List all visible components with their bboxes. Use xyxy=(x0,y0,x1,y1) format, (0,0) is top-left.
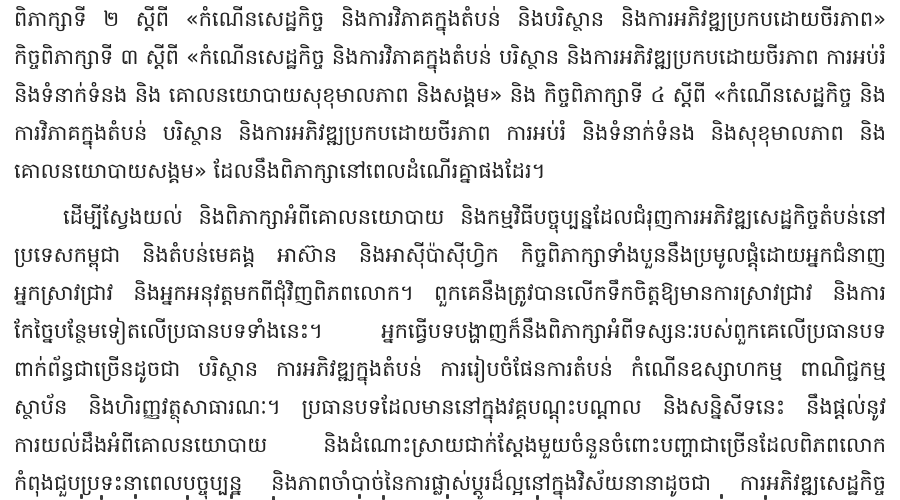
glyph-fragment xyxy=(186,495,189,500)
text-line: គោលនយោបាយសង្គម» ដែលនឹងពិភាក្សានៅពេលដំណើរ… xyxy=(14,152,886,190)
text-line: និងទំនាក់ទំនង និង គោលនយោបាយសុខុមាលភាព និ… xyxy=(14,76,886,114)
text-line: កែច្នៃបន្ថែមទៀតលើប្រធានបទទាំងនេះ។ អ្នកធ្… xyxy=(14,312,886,350)
text-line: ដើម្បីស្វែងយល់ និងពិភាក្សាអំពីគោលនយោបាយ … xyxy=(14,198,886,236)
text-line: ការវិភាគក្នុងតំបន់ បរិស្ថាន និងការអភិវឌ្… xyxy=(14,114,886,152)
glyph-fragment xyxy=(134,494,137,499)
glyph-fragment xyxy=(358,494,361,499)
glyph-fragment xyxy=(80,494,83,499)
text-line: កិច្ចពិភាក្សាទី ៣ ស្តីពី «កំណើនសេដ្ឋកិច្… xyxy=(14,38,886,76)
glyph-fragment xyxy=(230,494,233,499)
glyph-fragment xyxy=(382,495,385,500)
paragraph-1: ពិភាក្សាទី ២ ស្តីពី «កំណើនសេដ្ឋកិច្ច និង… xyxy=(14,0,886,190)
glyph-fragment xyxy=(536,495,539,500)
paragraph-2: ដើម្បីស្វែងយល់ និងពិភាក្សាអំពីគោលនយោបាយ … xyxy=(14,198,886,500)
text-line: ពិភាក្សាទី ២ ស្តីពី «កំណើនសេដ្ឋកិច្ច និង… xyxy=(14,0,886,38)
glyph-fragment xyxy=(764,495,767,500)
text-line: ពាក់ព័ន្ធជាច្រើនដូចជា បរិស្ថាន ការអភិវឌ្… xyxy=(14,350,886,388)
glyph-fragment xyxy=(272,496,275,500)
glyph-fragment xyxy=(446,494,449,499)
text-line: ប្រទេសកម្ពុជា និងតំបន់មេគង្គ អាស៊ាន និងអ… xyxy=(14,236,886,274)
text-line: ស្ថាប័ន និងហិរញ្ញវត្ថុសាធារណៈ។ ប្រធានបទដ… xyxy=(14,388,886,426)
text-block: ពិភាក្សាទី ២ ស្តីពី «កំណើនសេដ្ឋកិច្ច និង… xyxy=(14,0,886,500)
document-page: ពិភាក្សាទី ២ ស្តីពី «កំណើនសេដ្ឋកិច្ច និង… xyxy=(0,0,900,500)
text-line: អ្នកស្រាវជ្រាវ និងអ្នកអនុវត្តមកពីជុំវិញព… xyxy=(14,274,886,312)
clipped-line-remnants xyxy=(14,493,886,500)
text-line: ការយល់ដឹងអំពីគោលនយោបាយ និងដំណោះស្រាយជាក់… xyxy=(14,426,886,464)
glyph-fragment xyxy=(100,495,103,500)
glyph-fragment xyxy=(720,494,723,499)
